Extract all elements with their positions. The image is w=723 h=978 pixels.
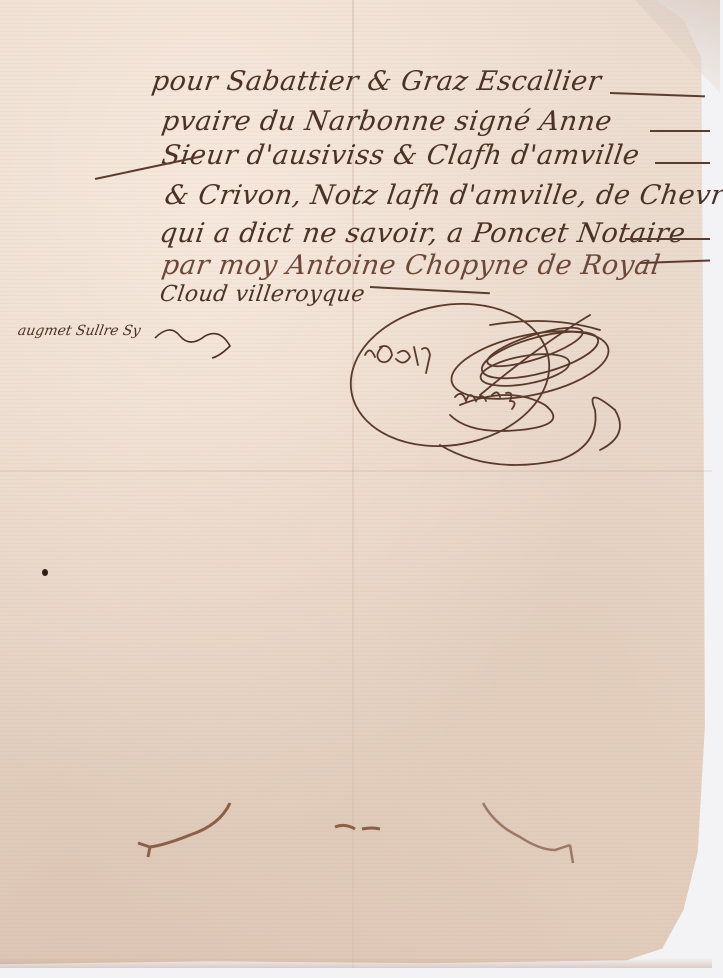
manuscript-line-6: par moy Antoine Chopyne de Royal: [160, 250, 663, 281]
wear-crease-right-icon: [475, 795, 585, 875]
document-scan: pour Sabattier & Graz Escallier pvaire d…: [0, 0, 723, 978]
margin-flourish-icon: [150, 318, 240, 363]
line-2-flourish: [650, 130, 710, 132]
manuscript-line-4: & Crivon, Notz lafh d'amville, de Chevre: [163, 180, 723, 211]
manuscript-line-1: pour Sabattier & Graz Escallier: [150, 66, 604, 97]
manuscript-line-2: pvaire du Narbonne signé Anne: [160, 106, 614, 137]
manuscript-line-5: qui a dict ne savoir, a Poncet Notaire: [158, 218, 688, 249]
bottom-edge-shadow: [0, 958, 712, 968]
line-5-flourish: [625, 238, 710, 240]
notary-signature-icon: [340, 285, 640, 485]
margin-note: augmet Sullre Sy: [17, 323, 142, 339]
manuscript-line-7: Cloud villeroyque: [158, 282, 366, 307]
wear-crease-left-icon: [130, 795, 240, 865]
manuscript-line-3: Sieur d'ausiviss & Clafh d'amville: [160, 140, 642, 171]
line-3-flourish: [655, 162, 710, 164]
wear-tear-center-icon: [330, 815, 390, 845]
ink-blot: [42, 569, 48, 576]
